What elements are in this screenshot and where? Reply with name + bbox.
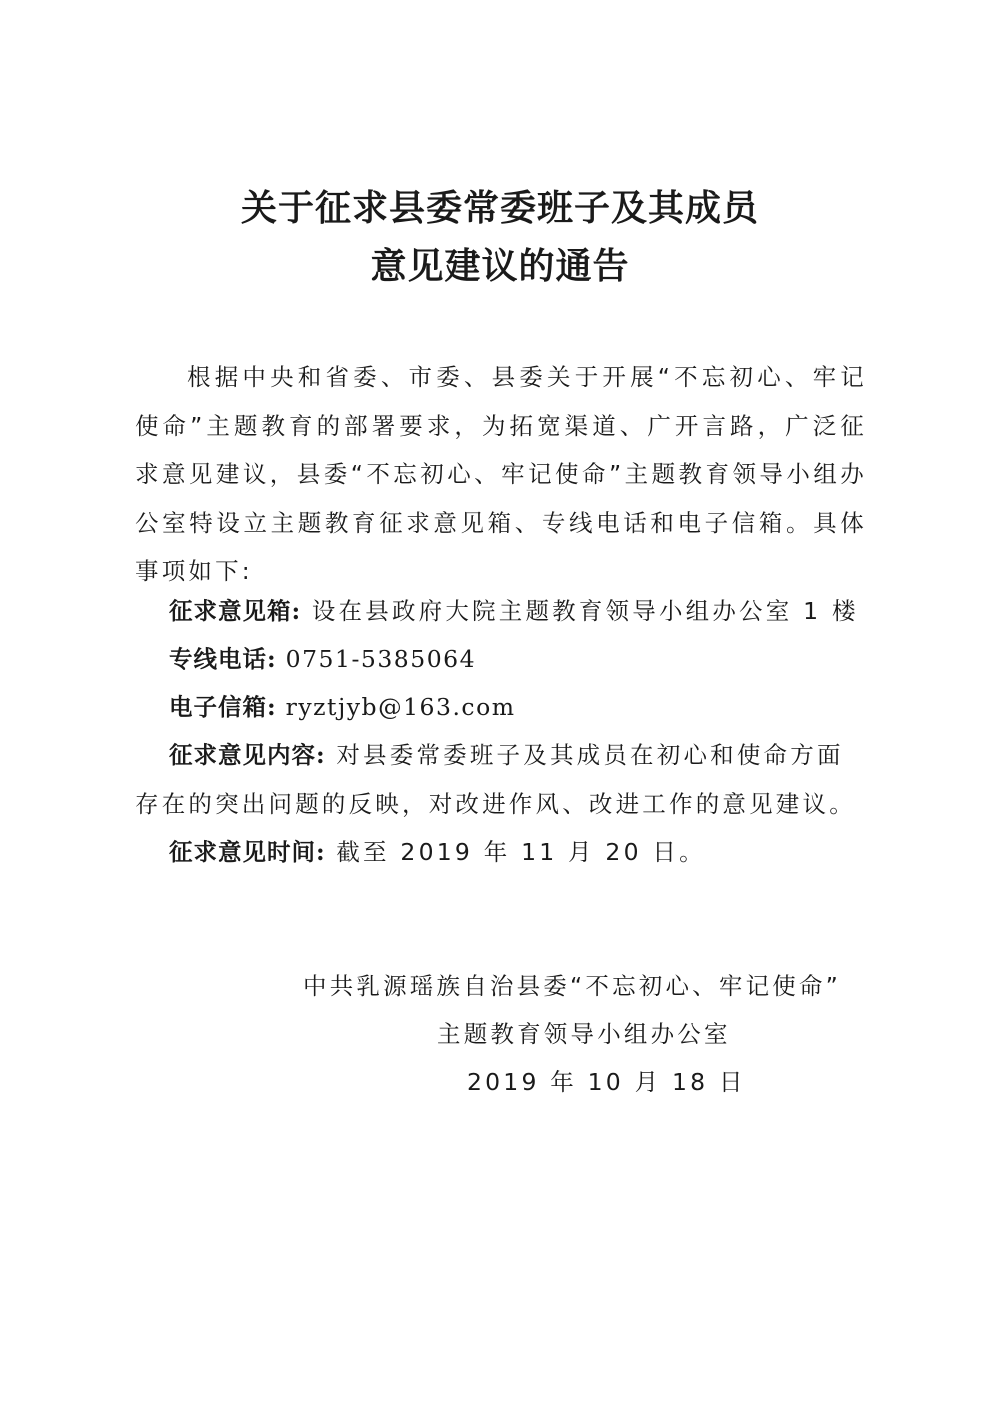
email-address: ryztjyb@163.com xyxy=(277,693,516,721)
item-label: 征求意见内容 xyxy=(169,741,316,769)
item-content: 征求意见内容: 对县委常委班子及其成员在初心和使命方面存在的突出问题的反映，对改… xyxy=(135,731,867,828)
item-label: 专线电话 xyxy=(169,645,267,673)
item-separator: : xyxy=(316,838,326,866)
item-deadline: 征求意见时间: 截至 2019 年 11 月 20 日。 xyxy=(135,828,875,877)
item-label: 征求意见时间 xyxy=(169,838,316,866)
item-separator: : xyxy=(292,597,302,625)
item-email: 电子信箱: ryztjyb@163.com xyxy=(135,683,875,732)
item-separator: : xyxy=(267,645,277,673)
phone-number: 0751-5385064 xyxy=(277,645,476,673)
document-title-line-2: 意见建议的通告 xyxy=(0,244,1000,288)
item-label: 征求意见箱 xyxy=(169,597,292,625)
signature-organization-line-1: 中共乳源瑶族自治县委“不忘初心、牢记使命” xyxy=(303,963,841,1009)
intro-paragraph: 根据中央和省委、市委、县委关于开展“不忘初心、牢记使命”主题教育的部署要求，为拓… xyxy=(135,353,867,596)
item-hotline: 专线电话: 0751-5385064 xyxy=(135,635,875,684)
item-suggestion-box: 征求意见箱: 设在县政府大院主题教育领导小组办公室 1 楼 xyxy=(135,587,875,636)
item-separator: : xyxy=(267,693,277,721)
item-label: 电子信箱 xyxy=(169,693,267,721)
document-title-line-1: 关于征求县委常委班子及其成员 xyxy=(0,186,1000,230)
signature-date: 2019 年 10 月 18 日 xyxy=(467,1059,746,1105)
item-value: 设在县政府大院主题教育领导小组办公室 1 楼 xyxy=(301,597,858,625)
signature-organization-line-2: 主题教育领导小组办公室 xyxy=(437,1011,731,1057)
notice-page: 关于征求县委常委班子及其成员 意见建议的通告 根据中央和省委、市委、县委关于开展… xyxy=(0,0,1000,1414)
item-separator: : xyxy=(316,741,326,769)
item-value: 截至 2019 年 11 月 20 日。 xyxy=(326,838,706,866)
